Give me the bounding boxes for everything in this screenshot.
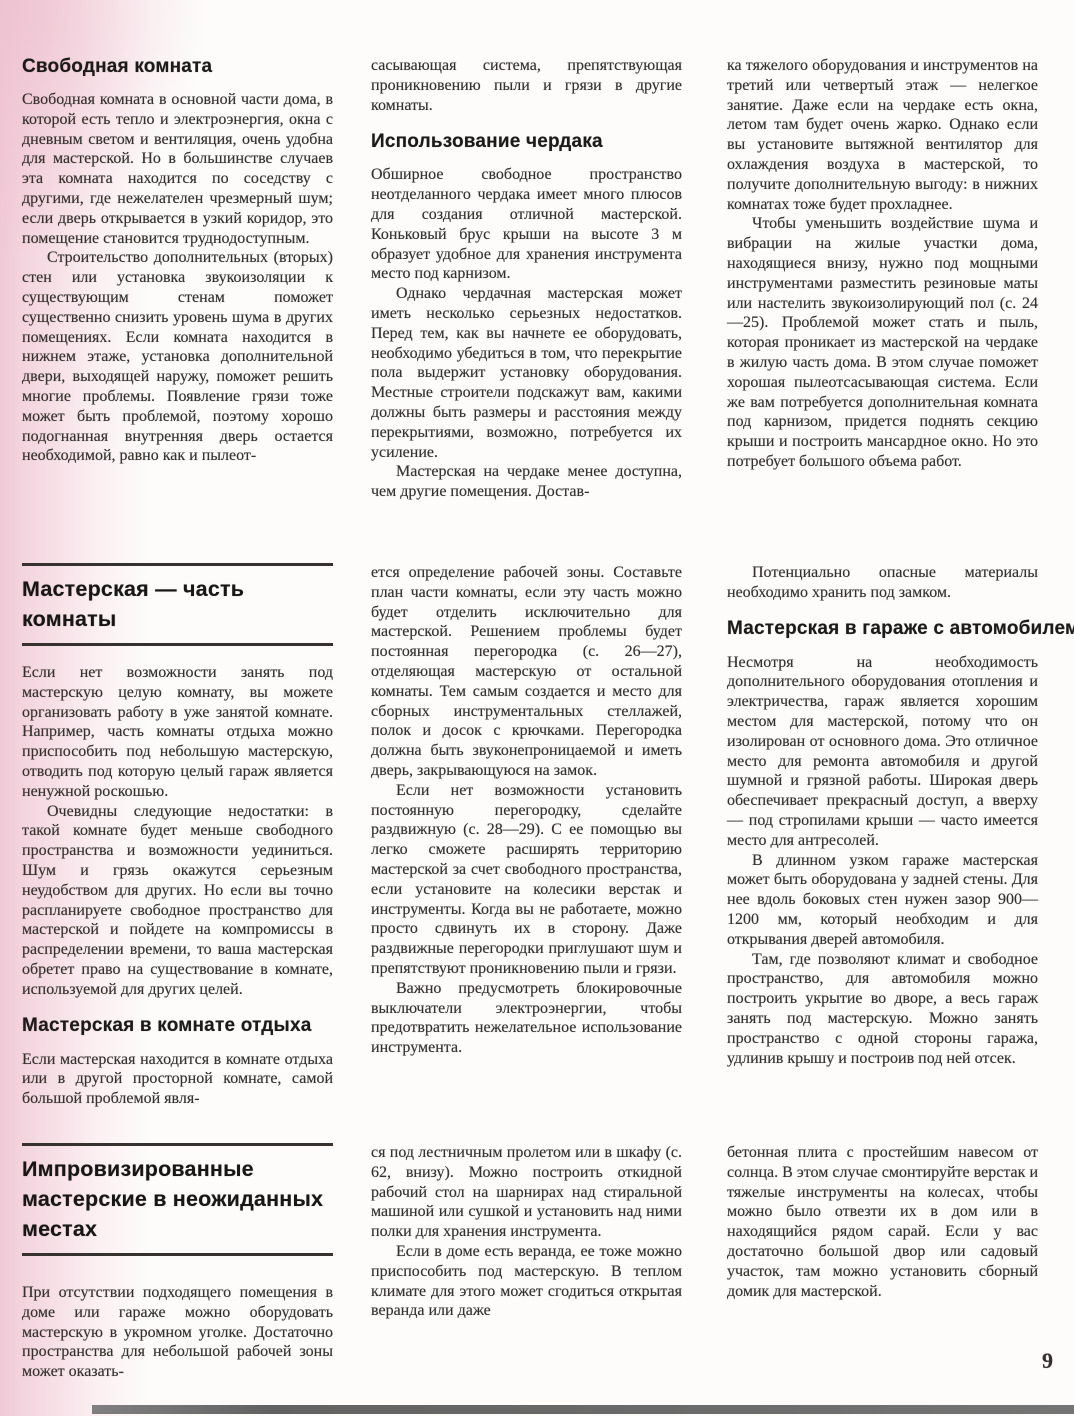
body-paragraph: Однако чердачная мастерская может иметь … (371, 284, 682, 462)
body-paragraph: Строительство дополнительных (вторых) ст… (22, 248, 333, 466)
column-2: ся под лестничным пролетом или в шкафу (… (371, 1143, 682, 1321)
body-paragraph: бетонная плита с простейшим навесом от с… (727, 1143, 1038, 1301)
scan-bottom-bar (92, 1405, 1074, 1414)
column-2: сасывающая система, препятствующая прони… (371, 56, 682, 502)
body-paragraph: сасывающая система, препятствующая прони… (371, 56, 682, 115)
body-paragraph: Несмотря на необходимость дополнительног… (727, 653, 1038, 851)
section-heading: Свободная комната (22, 56, 333, 78)
body-paragraph: Если нет возможности установить постоянн… (371, 781, 682, 979)
body-paragraph: Если в доме есть веранда, ее тоже можно … (371, 1242, 682, 1321)
column-3: ка тяжелого оборудования и инструментов … (727, 56, 1038, 472)
body-paragraph: Чтобы уменьшить воздействие шума и вибра… (727, 214, 1038, 471)
major-section-heading: Мастерская — часть комнаты (22, 563, 333, 646)
body-paragraph: ка тяжелого оборудования и инструментов … (727, 56, 1038, 214)
subsection-heading: Мастерская в гараже с автомобилем (727, 618, 1038, 640)
column-1: Свободная комната Свободная комната в ос… (22, 56, 333, 466)
column-1: Мастерская — часть комнаты Если нет возм… (22, 563, 333, 1109)
body-paragraph: Потенциально опасные материалы необходим… (727, 563, 1038, 603)
body-paragraph: При отсутствии подходящего помещения в д… (22, 1283, 333, 1382)
page-number: 9 (1042, 1348, 1053, 1374)
body-paragraph: Очевидны следующие недостатки: в такой к… (22, 802, 333, 1000)
body-paragraph: Мастерская на чердаке менее доступна, че… (371, 462, 682, 502)
body-paragraph: ется определение рабочей зоны. Составьте… (371, 563, 682, 781)
column-1: Импровизированные мастерские в неожиданн… (22, 1143, 333, 1382)
body-paragraph: Важно предусмотреть блокировочные выключ… (371, 979, 682, 1058)
body-paragraph: В длинном узком гараже мастерская может … (727, 851, 1038, 950)
subsection-heading: Мастерская в комнате отдыха (22, 1015, 333, 1037)
major-section-heading: Импровизированные мастерские в неожиданн… (22, 1143, 333, 1256)
body-paragraph: Если нет возможности занять под мастерск… (22, 663, 333, 802)
body-paragraph: Обширное свободное пространство неотдела… (371, 165, 682, 284)
column-3: Потенциально опасные материалы необходим… (727, 563, 1038, 1068)
body-paragraph: Если мастерская находится в комнате отды… (22, 1050, 333, 1109)
column-2: ется определение рабочей зоны. Составьте… (371, 563, 682, 1058)
body-paragraph: Свободная комната в основной части дома,… (22, 90, 333, 248)
column-3: бетонная плита с простейшим навесом от с… (727, 1143, 1038, 1301)
body-paragraph: Там, где позволяют климат и свободное пр… (727, 950, 1038, 1069)
body-paragraph: ся под лестничным пролетом или в шкафу (… (371, 1143, 682, 1242)
scanned-book-page: { "page": { "number": "9", "accent_pink"… (0, 0, 1074, 1416)
section-heading: Использование чердака (371, 131, 682, 153)
